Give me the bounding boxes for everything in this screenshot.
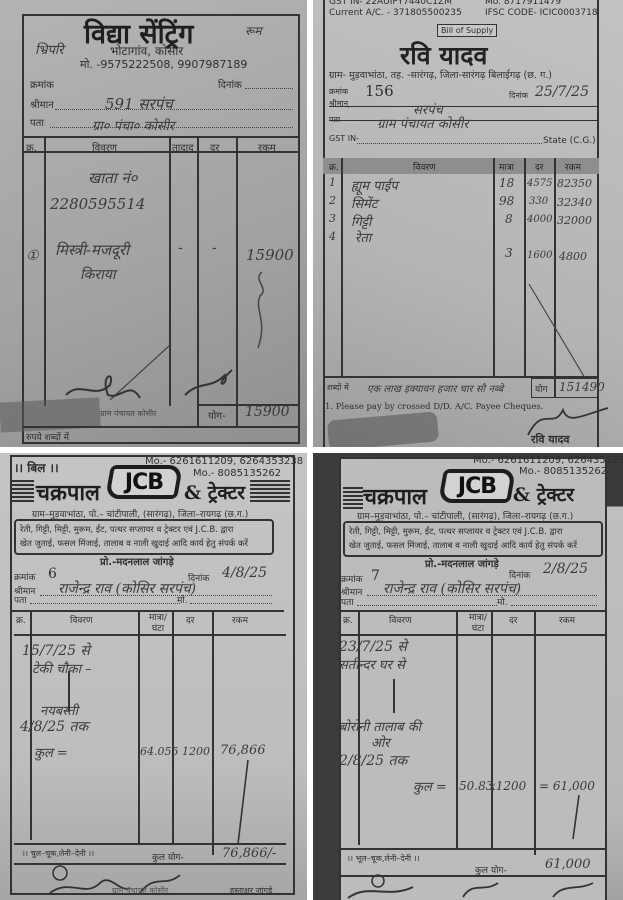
- bill-photo-vidya-centring: विद्या सेंट्रिंग रूम भ्रिपरि भोटागांव, क…: [0, 0, 307, 447]
- handwritten-stroke: [234, 758, 254, 848]
- col-header-description: विवरण: [389, 613, 412, 626]
- row-description-2: किराया: [80, 265, 115, 284]
- row-description: ह्यूम पाईप: [351, 176, 398, 194]
- serial-label: क्रमांक: [329, 86, 348, 97]
- col-header-no: क्र.: [329, 160, 339, 173]
- bill-of-supply-badge: Bill of Supply: [437, 24, 497, 37]
- name-label: श्रीमान: [30, 97, 54, 111]
- row-qty: 8: [505, 212, 513, 226]
- gstin: GST IN- 22AUIPY7440C1ZM: [329, 0, 452, 7]
- row-amount: 15900: [246, 246, 294, 264]
- description-line: 4/8/25 तक: [20, 717, 88, 736]
- diagonal-strike-line: [527, 282, 587, 382]
- serial-label: क्रमांक: [30, 77, 54, 91]
- table-header-band: [323, 158, 599, 174]
- row-amount: 82350: [557, 177, 592, 190]
- total-row-qty: 64.055: [140, 745, 179, 758]
- col-divider: [341, 158, 343, 378]
- date-label: दिनांक: [509, 90, 528, 101]
- col-header-description: विवरण: [413, 160, 436, 173]
- name-value: राजेन्द्र राव (कोसिर सरपंच): [58, 579, 196, 598]
- col-header-qty-hours: मात्रा/ घंटा: [463, 613, 493, 635]
- grand-total-label: कुल योग-: [152, 850, 184, 863]
- serial-value: 6: [48, 566, 57, 582]
- mobile-line-1: Mo.- 6261611209, 6264353238: [473, 455, 623, 466]
- description-line: 23/7/25 से: [339, 637, 407, 656]
- table-top-rule: [341, 610, 607, 612]
- footer-slogan: ।। भूल–चूक,लेनी–देनी ।।: [347, 853, 420, 864]
- date-line: [245, 88, 293, 89]
- decor-stripes-right: [250, 480, 290, 502]
- col-header-description: विवरण: [92, 140, 117, 154]
- col-header-rate: दर: [186, 613, 194, 626]
- signatory-name: रवि यादव: [531, 432, 569, 447]
- date-value: 2/8/25: [543, 561, 588, 577]
- col-divider: [138, 610, 140, 845]
- total-row-amount: = 61,000: [539, 779, 595, 793]
- footer-rule: [14, 843, 286, 845]
- mobile-label: मो.: [497, 595, 508, 608]
- col-header-amount: रकम: [559, 613, 575, 626]
- serial-value: 156: [365, 82, 394, 100]
- address-value: ग्राम पंचायत कोसीर: [377, 114, 469, 132]
- description-line: सतीन्दर घर से: [339, 655, 405, 673]
- brand-suffix: & ट्रेक्टर: [184, 479, 245, 505]
- signature-label: हस्ताक्षर जांगड़े: [230, 885, 272, 896]
- row-rate: 4000: [527, 214, 552, 225]
- row-no: 3: [329, 212, 336, 225]
- row-description: रेता: [355, 228, 371, 246]
- total-label: योग-: [208, 408, 226, 422]
- col-header-amount: रकम: [232, 613, 248, 626]
- services-line: रेती, गिट्टी, मिट्टी, मुरूम, ईंट, पत्थर …: [20, 523, 268, 537]
- current-account: Current A/C. - 371805500235: [329, 8, 462, 18]
- col-divider: [212, 610, 214, 855]
- state-label: State (C.G.): [543, 136, 596, 146]
- date-value: 25/7/25: [535, 84, 589, 100]
- services-line: खेत जुताई, फसल मिंजाई, तालाब व नाली खुदा…: [349, 539, 597, 553]
- col-divider: [456, 610, 458, 850]
- col-divider: [491, 610, 493, 850]
- words-label: रुपये शब्दों में: [26, 430, 69, 443]
- services-line: रेती, गिट्टी, मिट्टी, मुरूम, ईंट, पत्थर …: [349, 525, 597, 539]
- row-rate: 330: [529, 196, 548, 207]
- words-label: शब्दों में: [327, 382, 349, 393]
- address-line: [357, 605, 497, 606]
- jcb-logo: JCB: [105, 465, 183, 499]
- services-box: रेती, गिट्टी, मिट्टी, मुरूम, ईंट, पत्थर …: [343, 521, 603, 557]
- brand-suffix: & ट्रेक्टर: [513, 481, 574, 507]
- col-header-no: क्र.: [16, 613, 26, 626]
- handwritten-stroke: [567, 793, 587, 843]
- bill-photo-jcb-6: ।। बिल ।। Mo.- 6261611209, 6264353238 Mo…: [0, 453, 307, 900]
- col-header-rate: दर: [535, 160, 543, 173]
- payment-note: 1. Please pay by crossed D/D. A/C. Payee…: [325, 402, 543, 412]
- total-value: 151490: [559, 380, 605, 394]
- account-number: 2280595514: [50, 195, 145, 213]
- mobile-line: [511, 605, 597, 606]
- address-value: ग्रा० पंचा० कोसीर: [92, 116, 174, 134]
- description-line: 2/8/25 तक: [339, 751, 407, 770]
- col-header-no: क्र.: [343, 613, 353, 626]
- bill-tag: ।। बिल ।।: [14, 459, 59, 476]
- total-row-rate: x1200: [489, 779, 526, 793]
- row-description: सिमेंट: [351, 194, 377, 212]
- row-no: 2: [329, 194, 336, 207]
- jcb-logo: JCB: [438, 469, 516, 503]
- col-divider: [524, 158, 526, 378]
- address-label: पता: [341, 595, 354, 608]
- name-line: [55, 109, 293, 110]
- row-amount: 32340: [557, 196, 592, 209]
- col-header-qty-hours: मात्रा/ घंटा: [143, 613, 173, 635]
- handwritten-arrow-line: [393, 679, 395, 713]
- col-divider: [44, 136, 46, 406]
- row-amount: 4800: [559, 250, 587, 263]
- row-rate: 4575: [527, 178, 552, 189]
- col-header-qty: मात्रा: [499, 160, 514, 173]
- row-amount: 32000: [557, 214, 592, 227]
- bill-photo-jcb-7: Mo.- 6261611209, 6264353238 Mo.- 8085135…: [313, 453, 623, 900]
- total-value: 15900: [245, 404, 290, 420]
- name-value: 591 सरपंच: [105, 94, 173, 114]
- grand-total-value: 61,000: [545, 857, 591, 872]
- words-rule: [22, 426, 300, 428]
- stamp-text: ग्राम पंचायत कोसीर: [112, 885, 168, 896]
- row-number: ①: [26, 248, 39, 264]
- date-value: 4/8/25: [222, 565, 267, 581]
- row-no: 4: [329, 230, 336, 243]
- bill-title: रवि यादव: [400, 38, 487, 72]
- services-box: रेती, गिट्टी, मिट्टी, मुरूम, ईंट, पत्थर …: [14, 519, 274, 555]
- row-qty: 18: [499, 176, 514, 190]
- description-line: टेकी चौका –: [32, 659, 92, 677]
- mobile-line: [190, 603, 272, 604]
- grand-total-value: 76,866/-: [222, 846, 276, 861]
- proprietor: प्रो.-मदनलाल जांगड़े: [100, 554, 174, 568]
- address-label: पता: [14, 593, 27, 606]
- row-qty: -: [178, 240, 183, 256]
- mobile-line-2: Mo.- 8085135262: [193, 468, 281, 479]
- address-handwritten: भ्रिपरि: [35, 40, 64, 58]
- serial-label: क्रमांक: [14, 570, 36, 583]
- col-header-amount: रकम: [565, 160, 581, 173]
- col-divider: [172, 610, 174, 845]
- words-value: एक लाख इक्यावन हजार चार सौ नब्बे: [367, 381, 503, 395]
- table-top-rule: [12, 610, 284, 612]
- signature-scribbles: [343, 873, 603, 900]
- row-qty: 3: [505, 246, 513, 260]
- address-label: पता: [30, 115, 44, 129]
- brand-name: चक्रपाल: [36, 477, 100, 507]
- title-handwritten-suffix: रूम: [245, 22, 262, 39]
- col-header-qty: तादाद: [172, 140, 194, 154]
- handwritten-bracket-mark: [252, 270, 272, 350]
- col-header-rate: दर: [509, 613, 517, 626]
- name-line: [329, 106, 597, 107]
- col-header-no: क्र.: [26, 140, 37, 154]
- date-label: दिनांक: [218, 77, 242, 91]
- stamp-text: ग्राम पंचायत कोसीर: [100, 408, 156, 419]
- name-label: श्रीमान्: [329, 98, 348, 109]
- footer-slogan: ।। चुल–चूक,लेनी–देनी ।।: [22, 848, 94, 859]
- ifsc-code: IFSC CODE- ICIC0003718: [485, 8, 598, 18]
- services-line: खेत जुताई, फसल मिंजाई, तालाब व नाली खुदा…: [20, 537, 268, 551]
- gst-label: GST IN-: [329, 134, 359, 143]
- decor-stripes-left: [343, 487, 363, 509]
- total-row-label: कुल =: [413, 777, 447, 795]
- mobile-line-2: Mo.- 8085135262: [519, 466, 607, 477]
- serial-label: क्रमांक: [341, 572, 363, 585]
- proprietor: प्रो.-मदनलाल जांगड़े: [425, 556, 499, 570]
- table-top-rule: [22, 136, 300, 138]
- brand-name: चक्रपाल: [363, 481, 427, 511]
- total-row-rate: 1200: [182, 745, 210, 758]
- total-label: योग: [535, 382, 548, 395]
- total-row-amount: 76,866: [220, 743, 266, 758]
- mobile-label: मो.: [177, 593, 188, 606]
- col-divider: [493, 158, 495, 378]
- bill-phones: मो. -9575222508, 9907987189: [80, 57, 247, 72]
- col-divider: [534, 610, 536, 855]
- row-rate: -: [212, 240, 217, 256]
- bill-address: ग्राम- मुड़वाभांठा, तह. -सारंगढ़, जिला-स…: [329, 68, 552, 81]
- gst-line: [357, 143, 542, 144]
- row-qty: 98: [499, 194, 514, 208]
- total-row-label: कुल =: [34, 743, 68, 761]
- serial-value: 7: [371, 568, 380, 584]
- row-no: 1: [329, 176, 336, 189]
- col-header-amount: रकम: [258, 140, 276, 154]
- row-description: मिस्त्री-मजदूरी: [55, 240, 129, 260]
- bill-photo-ravi-yadav: GST IN- 22AUIPY7440C1ZM Current A/C. - 3…: [313, 0, 623, 447]
- address-label: पता: [329, 114, 340, 125]
- address-line: [30, 603, 180, 604]
- mobile: Mo. 8717911479: [485, 0, 561, 7]
- description-line: 15/7/25 से: [22, 641, 90, 660]
- description-line: ओर: [371, 733, 390, 751]
- row-rate: 1600: [527, 250, 552, 261]
- footer-rule: [341, 848, 607, 850]
- account-label: खाता नं०: [88, 168, 137, 188]
- col-header-description: विवरण: [70, 613, 93, 626]
- decor-stripes-left: [12, 480, 34, 502]
- col-header-rate: दर: [210, 140, 219, 154]
